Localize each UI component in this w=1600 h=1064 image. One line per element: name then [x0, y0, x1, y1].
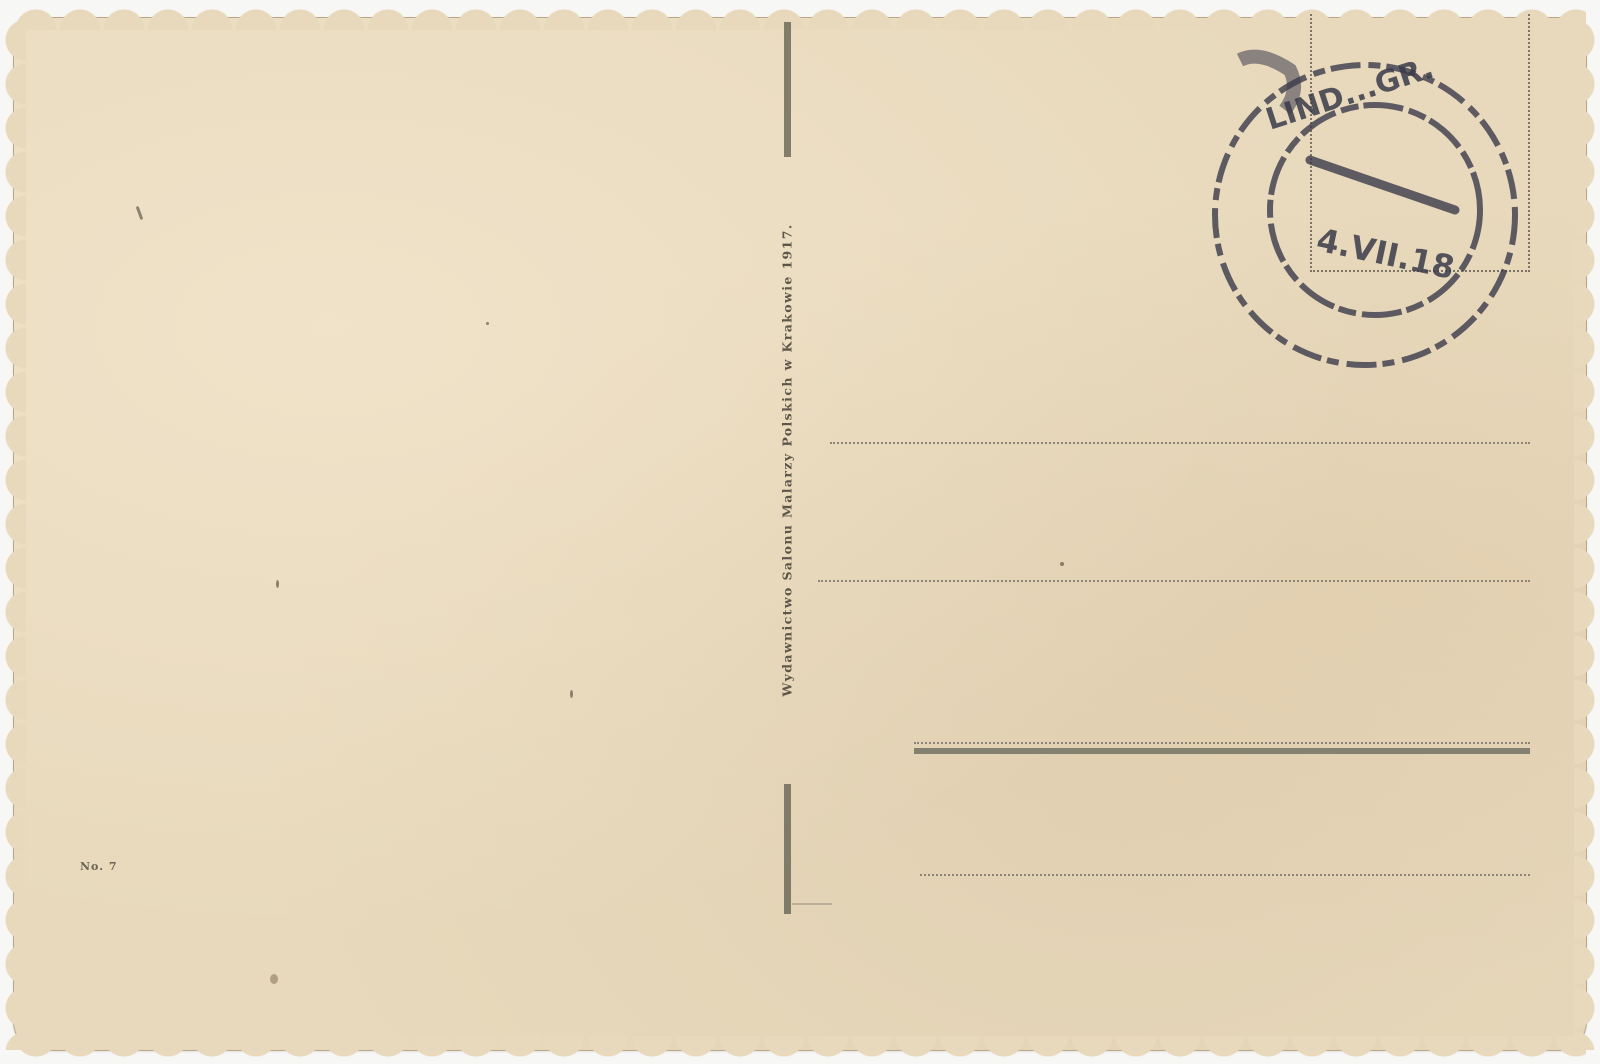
address-line-1	[830, 442, 1530, 444]
address-line-4	[920, 874, 1530, 876]
postmark-icon: LIND...GR. 4.VII.18	[1200, 40, 1560, 370]
postmark-cancellation: LIND...GR. 4.VII.18	[1200, 40, 1560, 370]
publisher-imprint: Wydawnictwo Salonu Malarzy Polskich w Kr…	[780, 223, 795, 696]
postmark-date: 4.VII.18	[1313, 221, 1458, 287]
ink-fleck	[276, 580, 279, 588]
ink-fleck	[1060, 562, 1064, 566]
ink-fleck	[570, 690, 573, 698]
address-line-3-solid	[914, 748, 1530, 754]
ink-fleck	[486, 322, 489, 325]
center-divider-top	[784, 22, 791, 157]
pencil-mark	[792, 903, 832, 905]
center-divider-bottom	[784, 784, 791, 914]
paper-stain	[270, 974, 278, 984]
address-line-3-dotted	[914, 742, 1530, 744]
card-number: No. 7	[80, 860, 118, 873]
address-line-2	[818, 580, 1530, 582]
